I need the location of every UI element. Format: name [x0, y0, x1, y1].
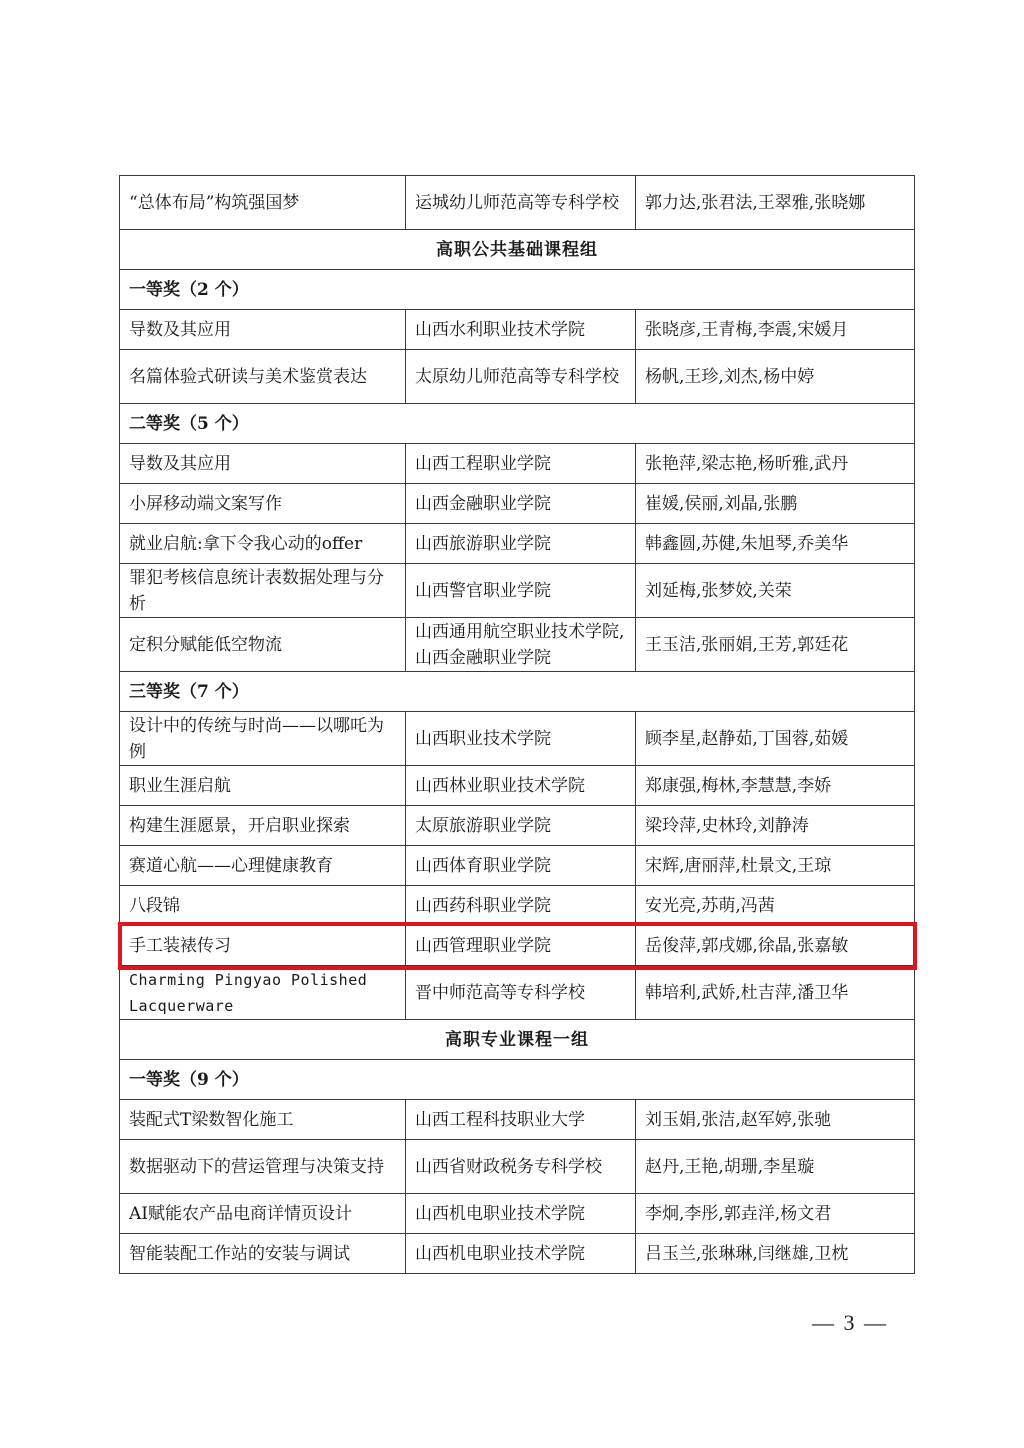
course-title: 数据驱动下的营运管理与决策支持 [120, 1140, 406, 1194]
award-label: 三等奖（7 个） [120, 672, 915, 712]
school-name: 山西药科职业学院 [406, 886, 636, 926]
school-name: 晋中师范高等专科学校 [406, 966, 636, 1020]
course-title: 设计中的传统与时尚——以哪吒为例 [120, 712, 406, 766]
members: 韩培利,武娇,杜吉萍,潘卫华 [636, 966, 915, 1020]
table-row: AI赋能农产品电商详情页设计 山西机电职业技术学院 李炯,李彤,郭垚洋,杨文君 [120, 1194, 915, 1234]
school-name: 运城幼儿师范高等专科学校 [406, 176, 636, 230]
members: 杨帆,王珍,刘杰,杨中婷 [636, 350, 915, 404]
members: 顾李星,赵静茹,丁国蓉,茹媛 [636, 712, 915, 766]
school-name: 山西旅游职业学院 [406, 524, 636, 564]
course-title: 装配式T梁数智化施工 [120, 1100, 406, 1140]
highlighted-table-row: 手工装裱传习 山西管理职业学院 岳俊萍,郭戌娜,徐晶,张嘉敏 [120, 926, 915, 966]
award-level-header: 一等奖（2 个） [120, 270, 915, 310]
school-name: 山西警官职业学院 [406, 564, 636, 618]
group-title: 高职专业课程一组 [120, 1020, 915, 1060]
school-name: 山西机电职业技术学院 [406, 1234, 636, 1274]
awards-table: “总体布局”构筑强国梦 运城幼儿师范高等专科学校 郭力达,张君法,王翠雅,张晓娜… [119, 175, 915, 1274]
table-row: 赛道心航——心理健康教育 山西体育职业学院 宋辉,唐丽萍,杜景文,王琼 [120, 846, 915, 886]
members: 宋辉,唐丽萍,杜景文,王琼 [636, 846, 915, 886]
award-level-header: 三等奖（7 个） [120, 672, 915, 712]
award-level-header: 一等奖（9 个） [120, 1060, 915, 1100]
school-name: 山西管理职业学院 [406, 926, 636, 966]
course-title: 罪犯考核信息统计表数据处理与分析 [120, 564, 406, 618]
members: 刘延梅,张梦姣,关荣 [636, 564, 915, 618]
course-title: 定积分赋能低空物流 [120, 618, 406, 672]
table-row: 八段锦 山西药科职业学院 安光亮,苏萌,冯茜 [120, 886, 915, 926]
course-title: 名篇体验式研读与美术鉴赏表达 [120, 350, 406, 404]
members: 张艳萍,梁志艳,杨昕雅,武丹 [636, 444, 915, 484]
group-header: 高职公共基础课程组 [120, 230, 915, 270]
table-row: 罪犯考核信息统计表数据处理与分析 山西警官职业学院 刘延梅,张梦姣,关荣 [120, 564, 915, 618]
award-label: 一等奖（2 个） [120, 270, 915, 310]
course-title: 小屏移动端文案写作 [120, 484, 406, 524]
members: 梁玲萍,史林玲,刘静涛 [636, 806, 915, 846]
course-title: 八段锦 [120, 886, 406, 926]
school-name: 山西工程职业学院 [406, 444, 636, 484]
course-title: 智能装配工作站的安装与调试 [120, 1234, 406, 1274]
page-number: — 3 — [812, 1310, 888, 1336]
table-row: 装配式T梁数智化施工 山西工程科技职业大学 刘玉娟,张洁,赵军婷,张驰 [120, 1100, 915, 1140]
course-title: 构建生涯愿景，开启职业探索 [120, 806, 406, 846]
school-name: 山西职业技术学院 [406, 712, 636, 766]
members: 郭力达,张君法,王翠雅,张晓娜 [636, 176, 915, 230]
members: 李炯,李彤,郭垚洋,杨文君 [636, 1194, 915, 1234]
school-name: 山西林业职业技术学院 [406, 766, 636, 806]
school-name: 山西金融职业学院 [406, 484, 636, 524]
table-row: 导数及其应用 山西工程职业学院 张艳萍,梁志艳,杨昕雅,武丹 [120, 444, 915, 484]
course-title: 职业生涯启航 [120, 766, 406, 806]
course-title: AI赋能农产品电商详情页设计 [120, 1194, 406, 1234]
members: 吕玉兰,张琳琳,闫继雄,卫枕 [636, 1234, 915, 1274]
school-name: 山西通用航空职业技术学院,山西金融职业学院 [406, 618, 636, 672]
course-title: “总体布局”构筑强国梦 [120, 176, 406, 230]
table-row: 定积分赋能低空物流 山西通用航空职业技术学院,山西金融职业学院 王玉洁,张丽娟,… [120, 618, 915, 672]
members: 安光亮,苏萌,冯茜 [636, 886, 915, 926]
members: 郑康强,梅林,李慧慧,李娇 [636, 766, 915, 806]
members: 岳俊萍,郭戌娜,徐晶,张嘉敏 [636, 926, 915, 966]
group-header: 高职专业课程一组 [120, 1020, 915, 1060]
table-row: 职业生涯启航 山西林业职业技术学院 郑康强,梅林,李慧慧,李娇 [120, 766, 915, 806]
table-row: 小屏移动端文案写作 山西金融职业学院 崔媛,侯丽,刘晶,张鹏 [120, 484, 915, 524]
table-row: 数据驱动下的营运管理与决策支持 山西省财政税务专科学校 赵丹,王艳,胡珊,李星璇 [120, 1140, 915, 1194]
table-row: 名篇体验式研读与美术鉴赏表达 太原幼儿师范高等专科学校 杨帆,王珍,刘杰,杨中婷 [120, 350, 915, 404]
school-name: 太原幼儿师范高等专科学校 [406, 350, 636, 404]
course-title: Charming Pingyao Polished Lacquerware [120, 966, 406, 1020]
members: 崔媛,侯丽,刘晶,张鹏 [636, 484, 915, 524]
award-level-header: 二等奖（5 个） [120, 404, 915, 444]
award-label: 二等奖（5 个） [120, 404, 915, 444]
group-title: 高职公共基础课程组 [120, 230, 915, 270]
school-name: 山西工程科技职业大学 [406, 1100, 636, 1140]
members: 刘玉娟,张洁,赵军婷,张驰 [636, 1100, 915, 1140]
school-name: 山西水利职业技术学院 [406, 310, 636, 350]
table-row: “总体布局”构筑强国梦 运城幼儿师范高等专科学校 郭力达,张君法,王翠雅,张晓娜 [120, 176, 915, 230]
members: 王玉洁,张丽娟,王芳,郭廷花 [636, 618, 915, 672]
course-title: 导数及其应用 [120, 444, 406, 484]
school-name: 山西省财政税务专科学校 [406, 1140, 636, 1194]
course-title: 导数及其应用 [120, 310, 406, 350]
table-row: 智能装配工作站的安装与调试 山西机电职业技术学院 吕玉兰,张琳琳,闫继雄,卫枕 [120, 1234, 915, 1274]
school-name: 太原旅游职业学院 [406, 806, 636, 846]
course-title: 赛道心航——心理健康教育 [120, 846, 406, 886]
table-row: 导数及其应用 山西水利职业技术学院 张晓彦,王青梅,李震,宋媛月 [120, 310, 915, 350]
table-row: 就业启航:拿下令我心动的offer 山西旅游职业学院 韩鑫圆,苏健,朱旭琴,乔美… [120, 524, 915, 564]
members: 赵丹,王艳,胡珊,李星璇 [636, 1140, 915, 1194]
table-row: 设计中的传统与时尚——以哪吒为例 山西职业技术学院 顾李星,赵静茹,丁国蓉,茹媛 [120, 712, 915, 766]
members: 张晓彦,王青梅,李震,宋媛月 [636, 310, 915, 350]
course-title: 手工装裱传习 [120, 926, 406, 966]
school-name: 山西机电职业技术学院 [406, 1194, 636, 1234]
school-name: 山西体育职业学院 [406, 846, 636, 886]
award-label: 一等奖（9 个） [120, 1060, 915, 1100]
members: 韩鑫圆,苏健,朱旭琴,乔美华 [636, 524, 915, 564]
course-title: 就业启航:拿下令我心动的offer [120, 524, 406, 564]
table-row: Charming Pingyao Polished Lacquerware 晋中… [120, 966, 915, 1020]
table-row: 构建生涯愿景，开启职业探索 太原旅游职业学院 梁玲萍,史林玲,刘静涛 [120, 806, 915, 846]
